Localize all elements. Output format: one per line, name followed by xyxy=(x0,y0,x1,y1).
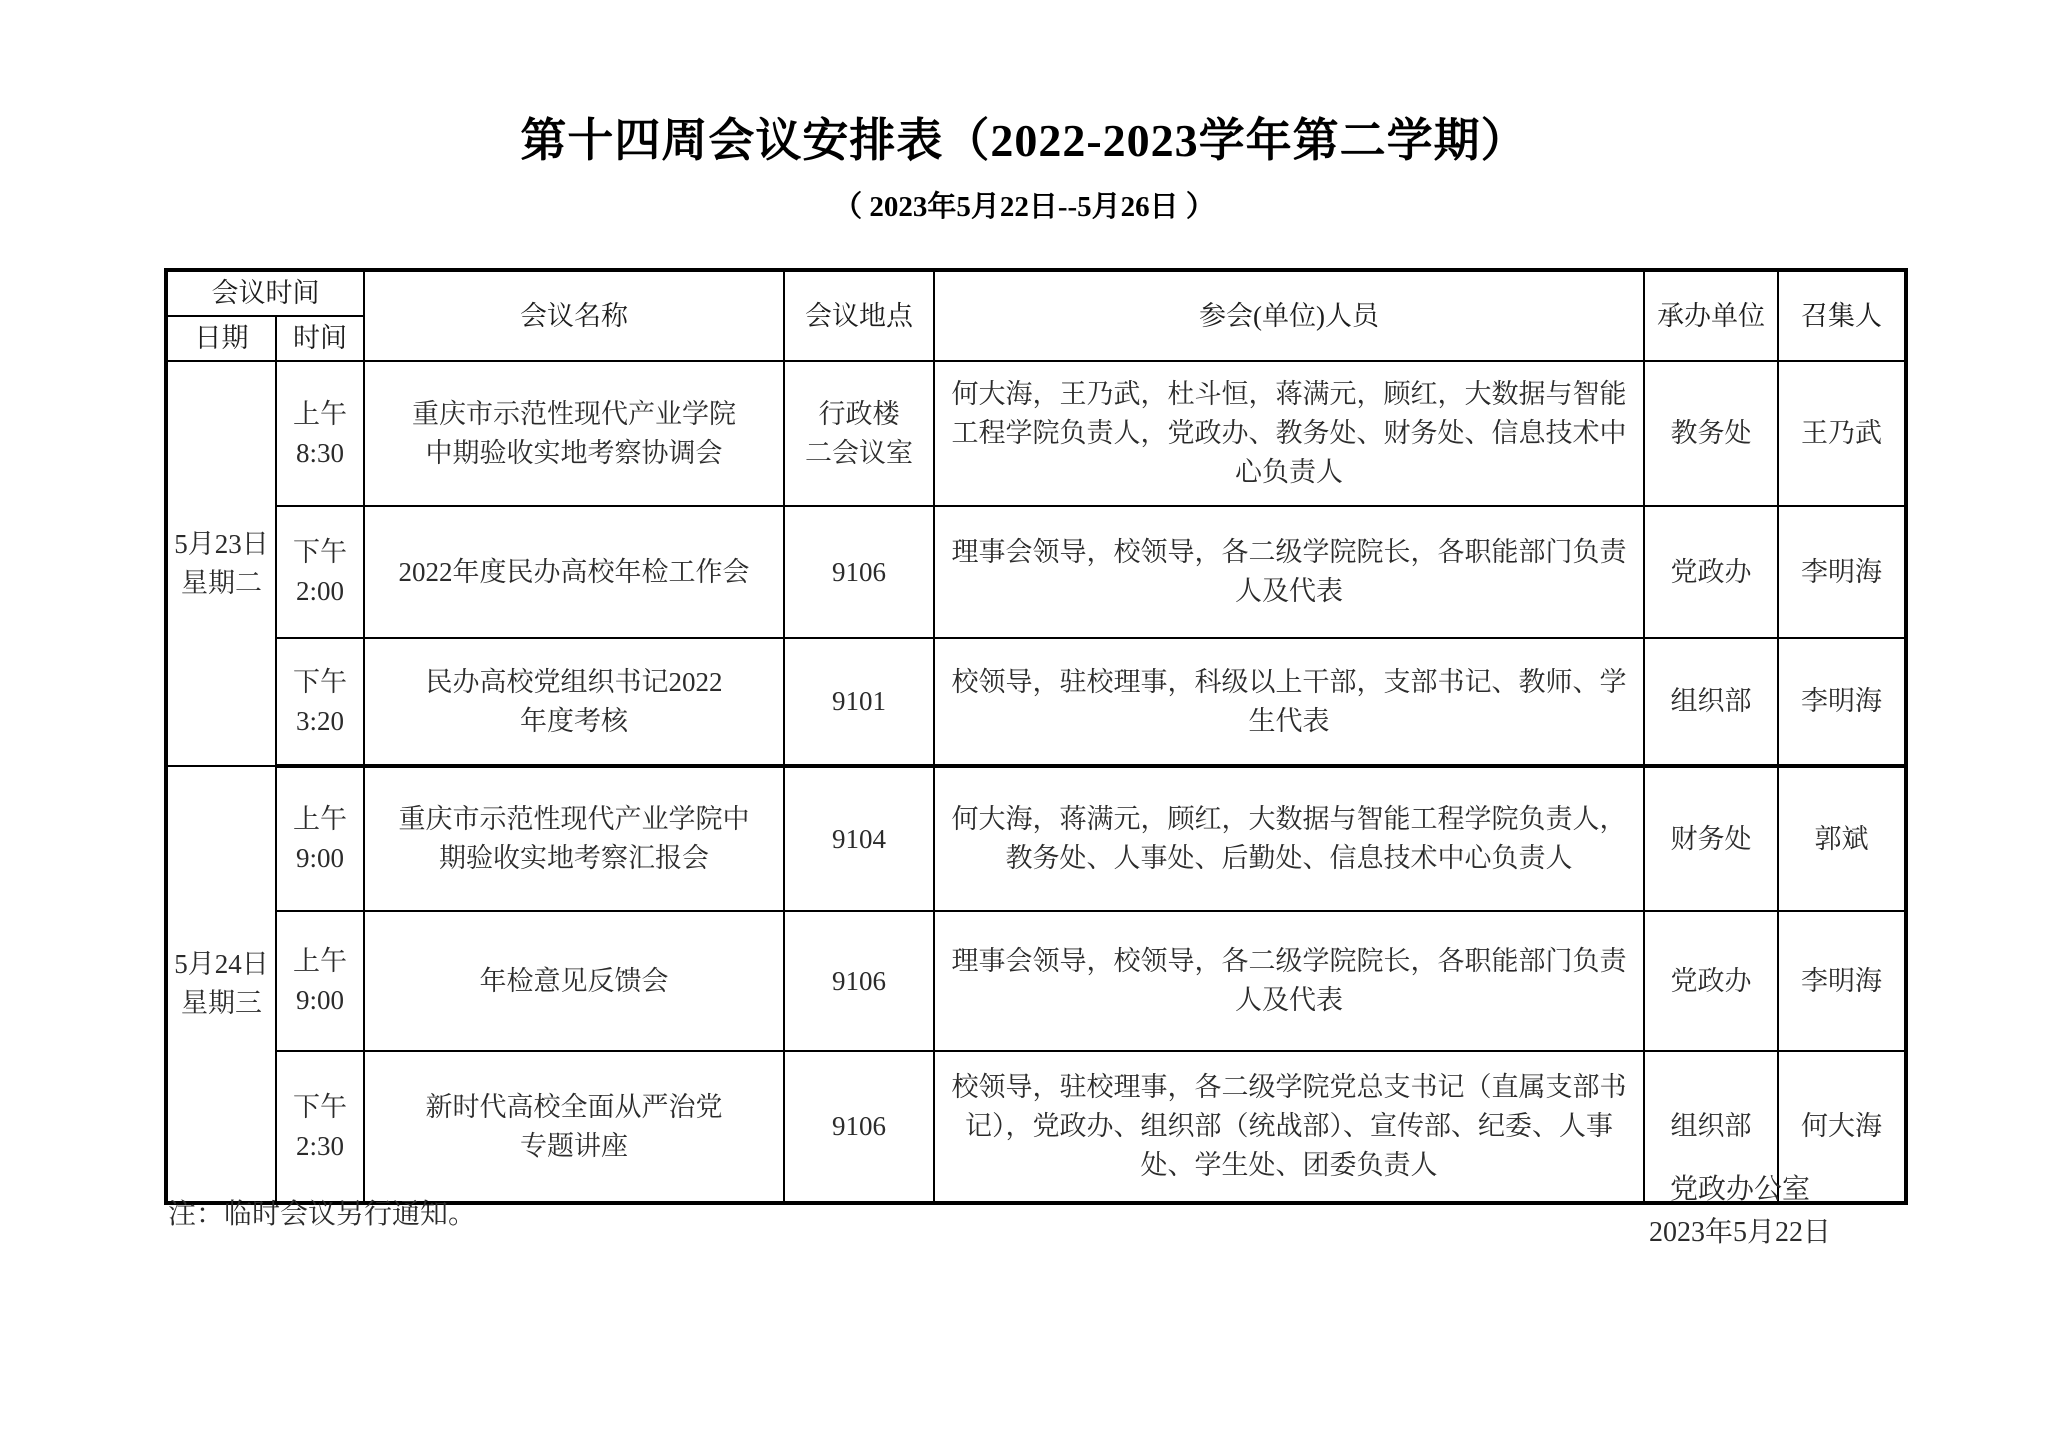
convener-cell: 李明海 xyxy=(1778,638,1906,766)
location-cell: 9101 xyxy=(784,638,934,766)
schedule-document-page: 第十四周会议安排表（2022-2023学年第二学期） （ 2023年5月22日-… xyxy=(0,0,2048,1447)
meeting-name-cell: 年检意见反馈会 xyxy=(364,911,784,1051)
convener-cell: 李明海 xyxy=(1778,911,1906,1051)
participants-cell: 理事会领导，校领导，各二级学院院长，各职能部门负责人及代表 xyxy=(934,911,1644,1051)
time-cell: 下午 2:30 xyxy=(276,1051,364,1203)
convener-cell: 李明海 xyxy=(1778,506,1906,638)
footer-office: 党政办公室 xyxy=(1590,1168,1890,1211)
time-cell: 下午 3:20 xyxy=(276,638,364,766)
header-time: 时间 xyxy=(276,316,364,361)
organizer-cell: 组织部 xyxy=(1644,638,1778,766)
meeting-schedule-table: 会议时间 会议名称 会议地点 参会(单位)人员 承办单位 召集人 日期 时间 5… xyxy=(164,268,1908,1205)
meeting-name-cell: 民办高校党组织书记2022 年度考核 xyxy=(364,638,784,766)
header-convener: 召集人 xyxy=(1778,270,1906,361)
convener-cell: 王乃武 xyxy=(1778,361,1906,506)
table-row: 下午 2:00 2022年度民办高校年检工作会 9106 理事会领导，校领导，各… xyxy=(166,506,1906,638)
table-row: 上午 9:00 年检意见反馈会 9106 理事会领导，校领导，各二级学院院长，各… xyxy=(166,911,1906,1051)
footer-signature: 党政办公室 2023年5月22日 xyxy=(1590,1168,1890,1255)
convener-cell: 郭斌 xyxy=(1778,766,1906,911)
header-meeting-time: 会议时间 xyxy=(166,270,364,316)
page-subtitle: （ 2023年5月22日--5月26日 ） xyxy=(0,184,2048,225)
participants-cell: 何大海，蒋满元，顾红，大数据与智能工程学院负责人，教务处、人事处、后勤处、信息技… xyxy=(934,766,1644,911)
time-cell: 下午 2:00 xyxy=(276,506,364,638)
time-cell: 上午 9:00 xyxy=(276,766,364,911)
organizer-cell: 党政办 xyxy=(1644,506,1778,638)
organizer-cell: 党政办 xyxy=(1644,911,1778,1051)
date-cell: 5月23日 星期二 xyxy=(166,361,276,766)
header-date: 日期 xyxy=(166,316,276,361)
location-cell: 9104 xyxy=(784,766,934,911)
table-row: 5月23日 星期二 上午 8:30 重庆市示范性现代产业学院 中期验收实地考察协… xyxy=(166,361,1906,506)
location-cell: 9106 xyxy=(784,1051,934,1203)
header-location: 会议地点 xyxy=(784,270,934,361)
date-cell: 5月24日 星期三 xyxy=(166,766,276,1203)
time-cell: 上午 9:00 xyxy=(276,911,364,1051)
table-row: 5月24日 星期三 上午 9:00 重庆市示范性现代产业学院中 期验收实地考察汇… xyxy=(166,766,1906,911)
organizer-cell: 财务处 xyxy=(1644,766,1778,911)
meeting-name-cell: 重庆市示范性现代产业学院 中期验收实地考察协调会 xyxy=(364,361,784,506)
footer-note: 注：临时会议另行通知。 xyxy=(168,1192,476,1232)
location-cell: 9106 xyxy=(784,911,934,1051)
header-row-top: 会议时间 会议名称 会议地点 参会(单位)人员 承办单位 召集人 xyxy=(166,270,1906,316)
meeting-name-cell: 新时代高校全面从严治党 专题讲座 xyxy=(364,1051,784,1203)
header-meeting-name: 会议名称 xyxy=(364,270,784,361)
meeting-name-cell: 重庆市示范性现代产业学院中 期验收实地考察汇报会 xyxy=(364,766,784,911)
meeting-name-cell: 2022年度民办高校年检工作会 xyxy=(364,506,784,638)
organizer-cell: 教务处 xyxy=(1644,361,1778,506)
location-cell: 行政楼 二会议室 xyxy=(784,361,934,506)
header-organizer: 承办单位 xyxy=(1644,270,1778,361)
participants-cell: 校领导，驻校理事，各二级学院党总支书记（直属支部书记），党政办、组织部（统战部）… xyxy=(934,1051,1644,1203)
table-row: 下午 3:20 民办高校党组织书记2022 年度考核 9101 校领导，驻校理事… xyxy=(166,638,1906,766)
header-participants: 参会(单位)人员 xyxy=(934,270,1644,361)
participants-cell: 何大海，王乃武，杜斗恒，蒋满元，顾红，大数据与智能工程学院负责人，党政办、教务处… xyxy=(934,361,1644,506)
location-cell: 9106 xyxy=(784,506,934,638)
participants-cell: 理事会领导，校领导，各二级学院院长，各职能部门负责人及代表 xyxy=(934,506,1644,638)
footer-date: 2023年5月22日 xyxy=(1590,1211,1890,1254)
page-title: 第十四周会议安排表（2022-2023学年第二学期） xyxy=(0,0,2048,170)
time-cell: 上午 8:30 xyxy=(276,361,364,506)
participants-cell: 校领导，驻校理事，科级以上干部，支部书记、教师、学生代表 xyxy=(934,638,1644,766)
